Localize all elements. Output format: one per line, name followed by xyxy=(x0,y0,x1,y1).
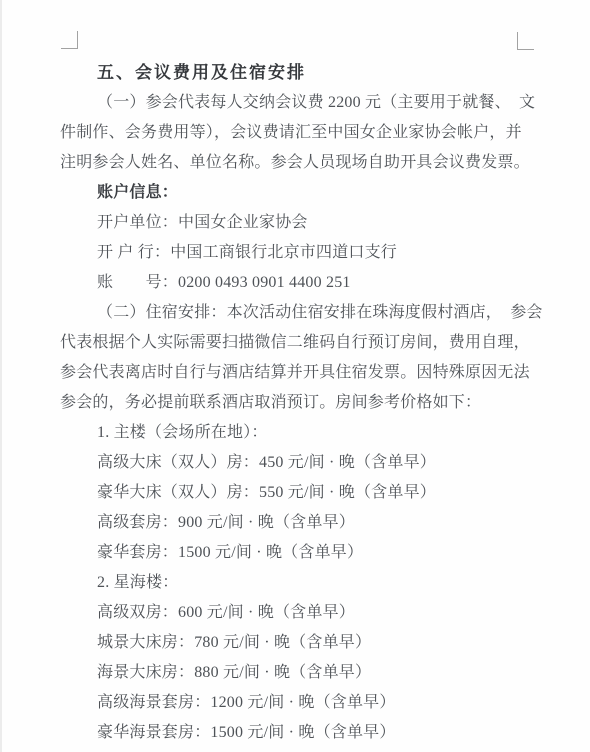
room-price-line: 城景大床房：780 元/间 · 晚（含单早） xyxy=(60,628,534,658)
account-number-line: 账 号：0200 0493 0901 4400 251 xyxy=(60,268,534,298)
room-price-line: 高级海景套房：1200 元/间 · 晚（含单早） xyxy=(60,688,534,718)
fee-paragraph-line: （一）参会代表每人交纳会议费 2200 元（主要用于就餐、 文 xyxy=(60,88,534,118)
fee-paragraph-line: 注明参会人姓名、单位名称。参会人员现场自助开具会议费发票。 xyxy=(60,148,534,178)
margin-corner-mark-left xyxy=(61,31,78,49)
margin-corner-mark-right xyxy=(517,32,534,50)
room-price-line: 高级套房：900 元/间 · 晚（含单早） xyxy=(60,508,534,538)
room-price-line: 豪华海景套房：1500 元/间 · 晚（含单早） xyxy=(60,718,534,748)
lodging-paragraph-line: 参会代表离店时自行与酒店结算并开具住宿发票。因特殊原因无法 xyxy=(60,358,534,388)
room-price-line: 海景大床房：880 元/间 · 晚（含单早） xyxy=(60,658,534,688)
room-price-line: 高级双房：600 元/间 · 晚（含单早） xyxy=(60,598,534,628)
lodging-paragraph-line: 参会的，务必提前联系酒店取消预订。房间参考价格如下： xyxy=(60,388,534,418)
document-body: 五、会议费用及住宿安排 （一）参会代表每人交纳会议费 2200 元（主要用于就餐… xyxy=(60,58,534,748)
room-price-line: 豪华套房：1500 元/间 · 晚（含单早） xyxy=(60,538,534,568)
account-info-title: 账户信息： xyxy=(60,178,534,208)
account-bank-line: 开 户 行：中国工商银行北京市四道口支行 xyxy=(60,238,534,268)
section-heading: 五、会议费用及住宿安排 xyxy=(60,58,534,88)
room-price-line: 豪华大床（双人）房：550 元/间 · 晚（含单早） xyxy=(60,478,534,508)
lodging-paragraph-line: 代表根据个人实际需要扫描微信二维码自行预订房间，费用自理， xyxy=(60,328,534,358)
fee-paragraph-line: 件制作、会务费用等），会议费请汇至中国女企业家协会帐户，并 xyxy=(60,118,534,148)
document-page: 五、会议费用及住宿安排 （一）参会代表每人交纳会议费 2200 元（主要用于就餐… xyxy=(0,0,590,752)
lodging-paragraph-line: （二）住宿安排：本次活动住宿安排在珠海度假村酒店， 参会 xyxy=(60,298,534,328)
main-building-title: 1. 主楼（会场所在地）： xyxy=(60,418,534,448)
xinghai-building-title: 2. 星海楼： xyxy=(60,568,534,598)
room-price-line: 高级大床（双人）房：450 元/间 · 晚（含单早） xyxy=(60,448,534,478)
account-holder-line: 开户单位：中国女企业家协会 xyxy=(60,208,534,238)
